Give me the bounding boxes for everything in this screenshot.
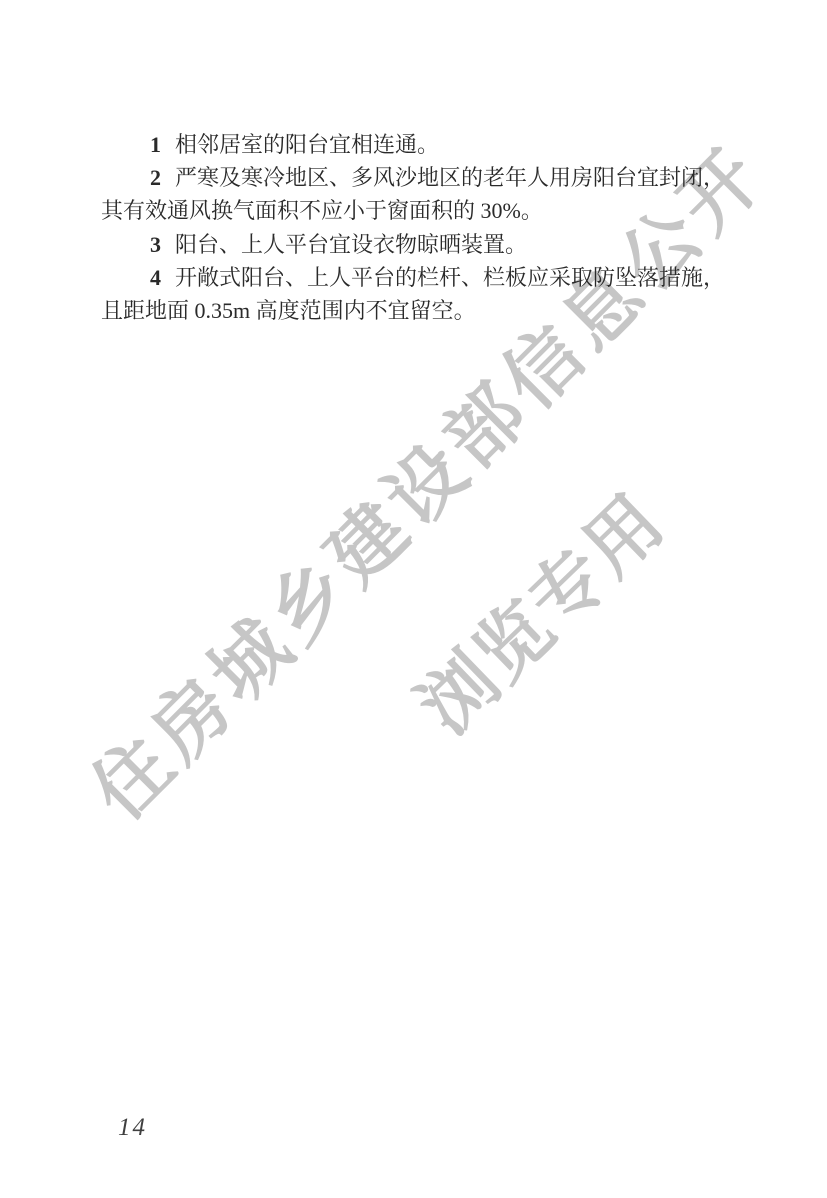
clause-number-3: 3 (150, 228, 175, 261)
page-number: 14 (118, 1114, 147, 1142)
clause-list: 1相邻居室的阳台宜相连通。 2严寒及寒冷地区、多风沙地区的老年人用房阳台宜封闭，… (101, 128, 751, 327)
clause-line-1: 1相邻居室的阳台宜相连通。 (101, 128, 751, 161)
clause-text-2: 严寒及寒冷地区、多风沙地区的老年人用房阳台宜封闭， (175, 165, 725, 190)
clause-line-2: 2严寒及寒冷地区、多风沙地区的老年人用房阳台宜封闭， (101, 161, 751, 194)
clause-text-3: 阳台、上人平台宜设衣物晾晒装置。 (175, 232, 527, 257)
clause-text-1: 相邻居室的阳台宜相连通。 (175, 132, 439, 157)
clause-number-4: 4 (150, 261, 175, 294)
clause-number-1: 1 (150, 128, 175, 161)
clause-text-4-continued: 且距地面 0.35m 高度范围内不宜留空。 (101, 294, 751, 327)
clause-line-3: 3阳台、上人平台宜设衣物晾晒装置。 (101, 228, 751, 261)
watermark-browse-only: 浏览专用 (392, 466, 684, 753)
clause-text-4: 开敞式阳台、上人平台的栏杆、栏板应采取防坠落措施， (175, 265, 725, 290)
clause-number-2: 2 (150, 161, 175, 194)
clause-line-4: 4开敞式阳台、上人平台的栏杆、栏板应采取防坠落措施， (101, 261, 751, 294)
document-page: 住房城乡建设部信息公开 浏览专用 1相邻居室的阳台宜相连通。 2严寒及寒冷地区、… (0, 0, 827, 1198)
clause-text-2-continued: 其有效通风换气面积不应小于窗面积的 30%。 (101, 194, 751, 227)
